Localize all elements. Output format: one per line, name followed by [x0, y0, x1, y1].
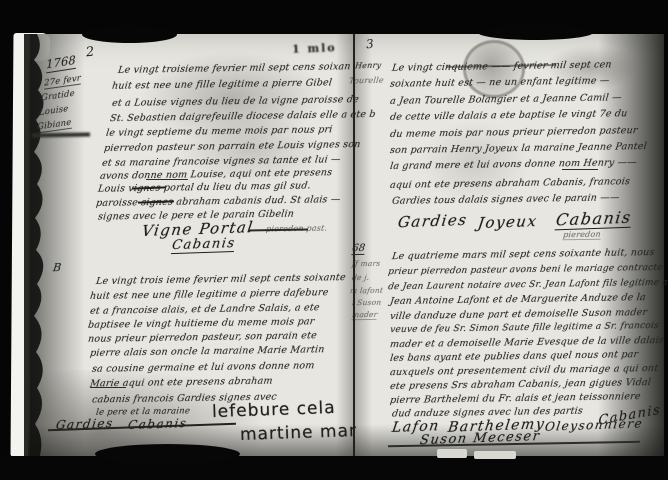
signature: Cabanis [171, 236, 237, 254]
name-underline [90, 387, 126, 388]
signature: Joyeux [477, 212, 539, 232]
frame-bottom-band [0, 456, 668, 480]
frame-edge-blob [82, 26, 177, 43]
entry-marker: B [52, 262, 62, 273]
margin-note: mader [351, 311, 377, 320]
signature: Cabanis [555, 208, 633, 231]
frame-edge-blob [478, 25, 593, 40]
margin-note: Tourelle [349, 77, 385, 86]
signature: Gardies [397, 211, 469, 232]
margin-note: i Suson [352, 299, 382, 307]
officiant-signature: pieredon [562, 231, 601, 241]
late-annotation-line: martine mar [240, 421, 358, 445]
margin-note: ff mars [352, 260, 381, 268]
margin-year-marker: 68 [351, 244, 365, 255]
top-smudge-mark: 1 mlo [292, 41, 337, 56]
name-underline [562, 169, 598, 170]
frame-edge-blob [95, 444, 240, 464]
right-page-number: 3 [365, 37, 374, 52]
under-page-patch [474, 451, 516, 459]
margin-note: m lafont [350, 287, 384, 295]
margin-note: de j. [352, 274, 370, 282]
under-page-patch [437, 449, 467, 458]
officiant-signature: pieredon past. [266, 225, 328, 234]
left-page-number: 2 [85, 45, 95, 61]
register-scan-photo: 1 mlo 2 1768 27e fevr Gratide Louise Gib… [0, 0, 668, 480]
name-underline [146, 179, 188, 180]
margin-note: Henry [355, 62, 382, 70]
